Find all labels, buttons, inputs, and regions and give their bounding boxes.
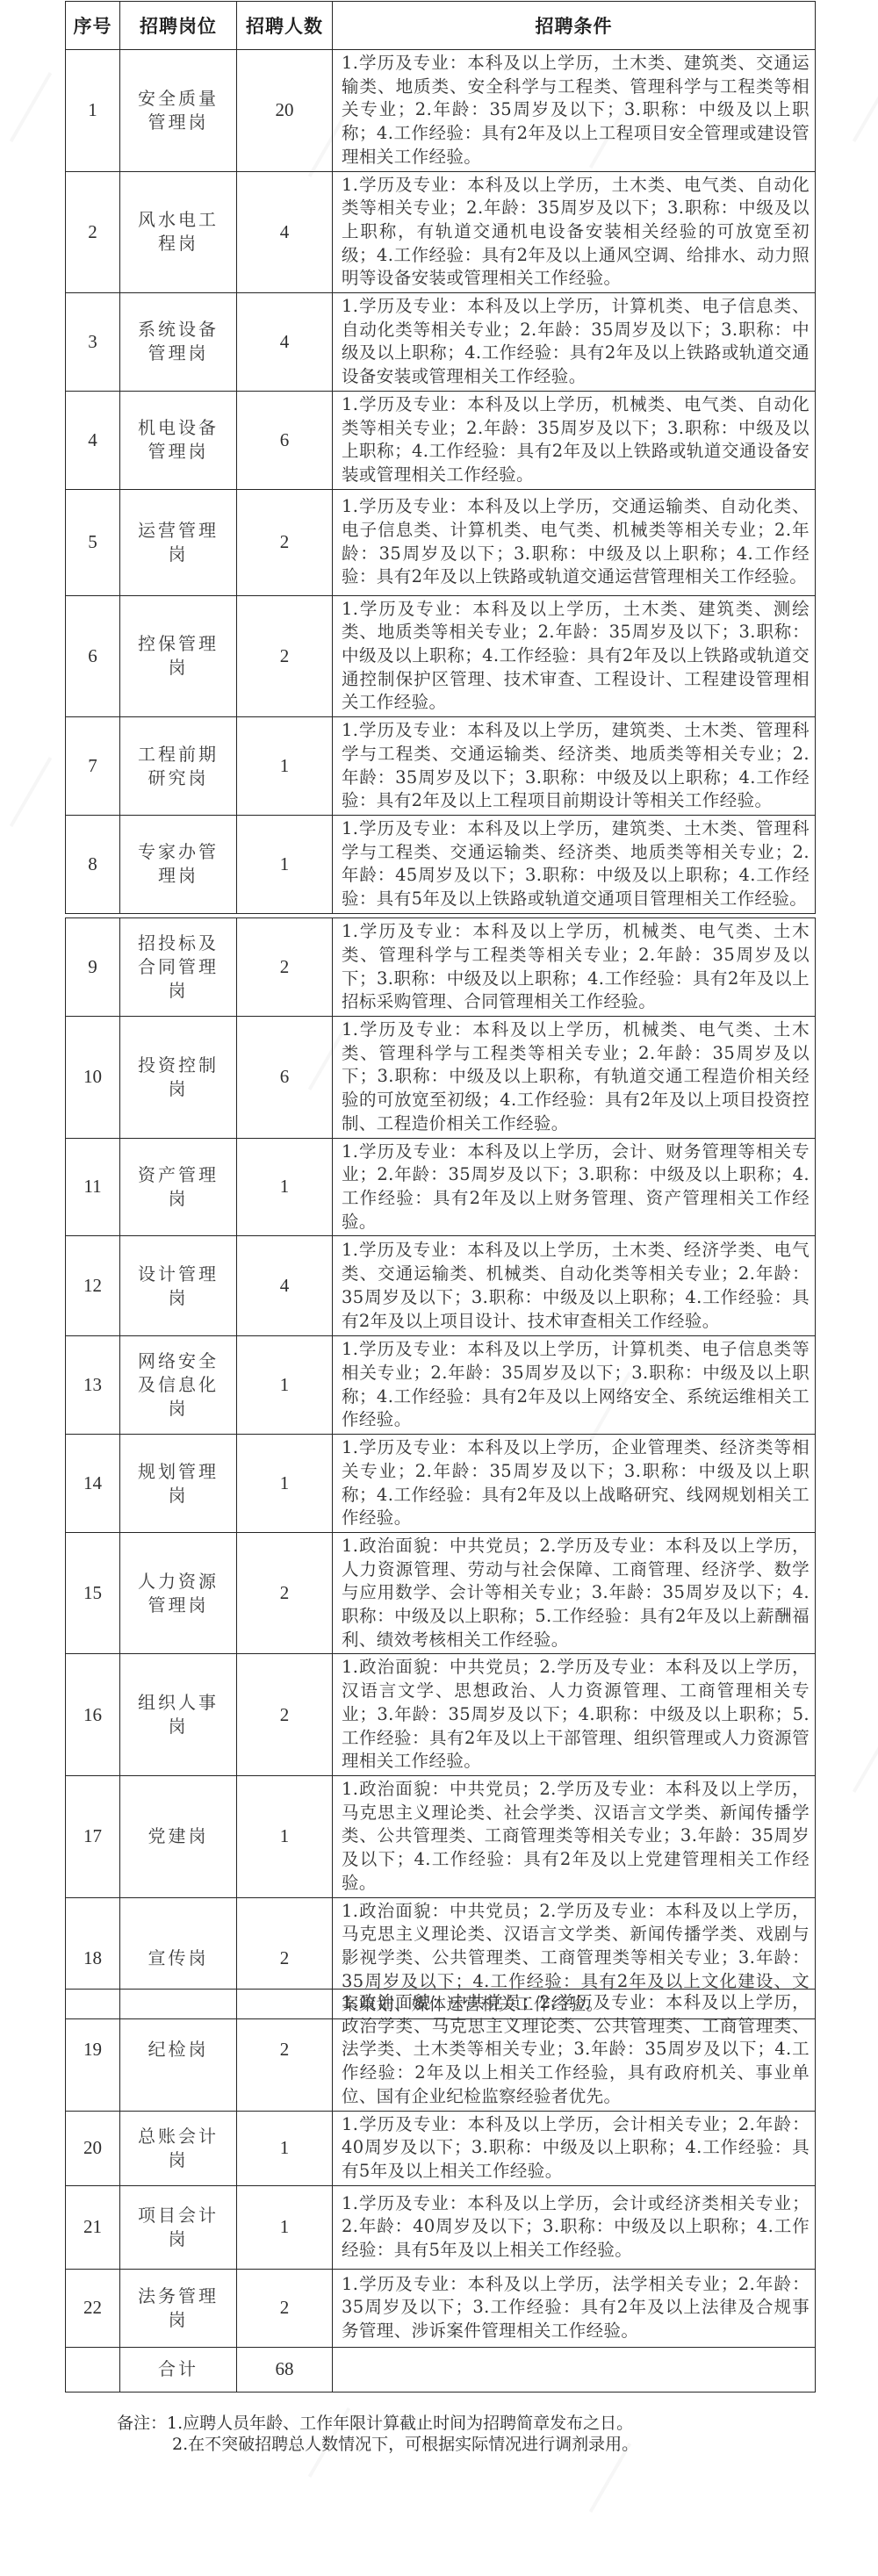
row-position: 运营管理岗 <box>120 489 237 595</box>
row-position: 风水电工程岗 <box>120 171 237 293</box>
table-row: 1 安全质量管理岗 20 1.学历及专业：本科及以上学历，土木类、建筑类、交通运… <box>66 50 816 172</box>
total-label: 合计 <box>120 2347 237 2392</box>
row-conditions: 1.学历及专业：本科及以上学历，土木类、建筑类、交通运输类、地质类、安全科学与工… <box>333 50 816 172</box>
row-conditions: 1.学历及专业：本科及以上学历，计算机类、电子信息类、自动化类等相关专业；2.年… <box>333 293 816 392</box>
table-row: 22 法务管理岗 2 1.学历及专业：本科及以上学历，法学相关专业；2.年龄：3… <box>66 2269 816 2347</box>
row-position: 控保管理岗 <box>120 595 237 717</box>
row-position: 投资控制岗 <box>120 1017 237 1139</box>
row-no: 2 <box>66 171 120 293</box>
row-count: 4 <box>237 171 333 293</box>
row-conditions: 1.政治面貌：中共党员；2.学历及专业：本科及以上学历，政治学类、马克思主义理论… <box>333 1990 816 2112</box>
row-position: 安全质量管理岗 <box>120 50 237 172</box>
row-count: 6 <box>237 1017 333 1139</box>
table-row: 2 风水电工程岗 4 1.学历及专业：本科及以上学历，土木类、电气类、自动化类等… <box>66 171 816 293</box>
row-conditions: 1.学历及专业：本科及以上学历，交通运输类、自动化类、电子信息类、计算机类、电气… <box>333 489 816 595</box>
row-no: 4 <box>66 391 120 489</box>
row-no: 20 <box>66 2111 120 2185</box>
table-row: 4 机电设备管理岗 6 1.学历及专业：本科及以上学历，机械类、电气类、自动化类… <box>66 391 816 489</box>
recruitment-table-part-3: 19 纪检岗 2 1.政治面貌：中共党员；2.学历及专业：本科及以上学历，政治学… <box>65 1989 816 2393</box>
table-row: 16 组织人事岗 2 1.政治面貌：中共党员；2.学历及专业：本科及以上学历，汉… <box>66 1654 816 1776</box>
row-conditions: 1.学历及专业：本科及以上学历，会计、财务管理等相关专业；2.年龄：35周岁及以… <box>333 1138 816 1236</box>
row-position: 系统设备管理岗 <box>120 293 237 392</box>
row-no: 13 <box>66 1336 120 1435</box>
row-no: 7 <box>66 717 120 816</box>
row-no: 11 <box>66 1138 120 1236</box>
row-conditions: 1.学历及专业：本科及以上学历，建筑类、土木类、管理科学与工程类、交通运输类、经… <box>333 815 816 913</box>
row-position: 党建岗 <box>120 1775 237 1897</box>
row-position: 总账会计岗 <box>120 2111 237 2185</box>
table-row: 8 专家办管理岗 1 1.学历及专业：本科及以上学历，建筑类、土木类、管理科学与… <box>66 815 816 913</box>
row-position: 机电设备管理岗 <box>120 391 237 489</box>
row-conditions: 1.学历及专业：本科及以上学历，土木类、建筑类、测绘类、地质类等相关专业；2.年… <box>333 595 816 717</box>
row-position: 招投标及合同管理岗 <box>120 918 237 1017</box>
row-conditions: 1.政治面貌：中共党员；2.学历及专业：本科及以上学历，马克思主义理论类、社会学… <box>333 1775 816 1897</box>
header-count: 招聘人数 <box>237 2 333 50</box>
row-count: 1 <box>237 1775 333 1897</box>
row-no: 16 <box>66 1654 120 1776</box>
row-conditions: 1.学历及专业：本科及以上学历，机械类、电气类、自动化类等相关专业；2.年龄：3… <box>333 391 816 489</box>
row-count: 1 <box>237 815 333 913</box>
row-count: 1 <box>237 717 333 816</box>
watermark <box>853 72 878 142</box>
header-conditions: 招聘条件 <box>333 2 816 50</box>
table-row: 14 规划管理岗 1 1.学历及专业：本科及以上学历，企业管理类、经济类等相关专… <box>66 1435 816 1533</box>
table-row: 19 纪检岗 2 1.政治面貌：中共党员；2.学历及专业：本科及以上学历，政治学… <box>66 1990 816 2112</box>
row-conditions: 1.学历及专业：本科及以上学历，会计相关专业；2.年龄：40周岁及以下；3.职称… <box>333 2111 816 2185</box>
total-conditions <box>333 2347 816 2392</box>
total-count: 68 <box>237 2347 333 2392</box>
row-conditions: 1.政治面貌：中共党员；2.学历及专业：本科及以上学历，人力资源管理、劳动与社会… <box>333 1532 816 1654</box>
table-row: 3 系统设备管理岗 4 1.学历及专业：本科及以上学历，计算机类、电子信息类、自… <box>66 293 816 392</box>
row-no: 3 <box>66 293 120 392</box>
row-no: 8 <box>66 815 120 913</box>
table-row: 9 招投标及合同管理岗 2 1.学历及专业：本科及以上学历，机械类、电气类、土木… <box>66 918 816 1017</box>
table-row: 11 资产管理岗 1 1.学历及专业：本科及以上学历，会计、财务管理等相关专业；… <box>66 1138 816 1236</box>
row-count: 1 <box>237 1435 333 1533</box>
header-position: 招聘岗位 <box>120 2 237 50</box>
row-no: 6 <box>66 595 120 717</box>
row-count: 2 <box>237 489 333 595</box>
row-conditions: 1.学历及专业：本科及以上学历，机械类、电气类、土木类、管理科学与工程类等相关专… <box>333 918 816 1017</box>
table-row: 6 控保管理岗 2 1.学历及专业：本科及以上学历，土木类、建筑类、测绘类、地质… <box>66 595 816 717</box>
row-no: 14 <box>66 1435 120 1533</box>
table-row: 10 投资控制岗 6 1.学历及专业：本科及以上学历，机械类、电气类、土木类、管… <box>66 1017 816 1139</box>
row-count: 2 <box>237 1990 333 2112</box>
table-row: 15 人力资源管理岗 2 1.政治面貌：中共党员；2.学历及专业：本科及以上学历… <box>66 1532 816 1654</box>
row-conditions: 1.学历及专业：本科及以上学历，建筑类、土木类、管理科学与工程类、交通运输类、经… <box>333 717 816 816</box>
row-no: 12 <box>66 1236 120 1336</box>
table-row: 17 党建岗 1 1.政治面貌：中共党员；2.学历及专业：本科及以上学历，马克思… <box>66 1775 816 1897</box>
row-no: 9 <box>66 918 120 1017</box>
recruitment-table-part-2: 9 招投标及合同管理岗 2 1.学历及专业：本科及以上学历，机械类、电气类、土木… <box>65 917 816 2019</box>
row-conditions: 1.学历及专业：本科及以上学历，机械类、电气类、土木类、管理科学与工程类等相关专… <box>333 1017 816 1139</box>
table-header-row: 序号 招聘岗位 招聘人数 招聘条件 <box>66 2 816 50</box>
remark-line-1: 备注：1.应聘人员年龄、工作年限计算截止时间为招聘简章发布之日。 <box>117 2413 638 2434</box>
row-conditions: 1.学历及专业：本科及以上学历，计算机类、电子信息类等相关专业；2.年龄：35周… <box>333 1336 816 1435</box>
row-position: 设计管理岗 <box>120 1236 237 1336</box>
row-count: 2 <box>237 595 333 717</box>
watermark <box>853 1723 878 1793</box>
total-row: 合计 68 <box>66 2347 816 2392</box>
row-count: 4 <box>237 293 333 392</box>
row-count: 2 <box>237 2269 333 2347</box>
row-position: 项目会计岗 <box>120 2185 237 2269</box>
row-conditions: 1.学历及专业：本科及以上学历，土木类、经济学类、电气类、交通运输类、机械类、自… <box>333 1236 816 1336</box>
row-count: 4 <box>237 1236 333 1336</box>
recruitment-table-part-1: 序号 招聘岗位 招聘人数 招聘条件 1 安全质量管理岗 20 1.学历及专业：本… <box>65 1 816 914</box>
row-count: 2 <box>237 918 333 1017</box>
table-row: 20 总账会计岗 1 1.学历及专业：本科及以上学历，会计相关专业；2.年龄：4… <box>66 2111 816 2185</box>
header-no: 序号 <box>66 2 120 50</box>
row-count: 1 <box>237 1336 333 1435</box>
row-conditions: 1.政治面貌：中共党员；2.学历及专业：本科及以上学历，汉语言文学、思想政治、人… <box>333 1654 816 1776</box>
total-no <box>66 2347 120 2392</box>
table-row: 12 设计管理岗 4 1.学历及专业：本科及以上学历，土木类、经济学类、电气类、… <box>66 1236 816 1336</box>
row-no: 15 <box>66 1532 120 1654</box>
row-position: 规划管理岗 <box>120 1435 237 1533</box>
row-conditions: 1.学历及专业：本科及以上学历，土木类、电气类、自动化类等相关专业；2.年龄：3… <box>333 171 816 293</box>
row-no: 22 <box>66 2269 120 2347</box>
row-count: 2 <box>237 1532 333 1654</box>
row-conditions: 1.学历及专业：本科及以上学历，法学相关专业；2.年龄：35周岁及以下；3.工作… <box>333 2269 816 2347</box>
row-count: 2 <box>237 1654 333 1776</box>
row-position: 资产管理岗 <box>120 1138 237 1236</box>
row-no: 5 <box>66 489 120 595</box>
table-row: 13 网络安全及信息化岗 1 1.学历及专业：本科及以上学历，计算机类、电子信息… <box>66 1336 816 1435</box>
watermark <box>10 72 52 142</box>
row-position: 纪检岗 <box>120 1990 237 2112</box>
row-count: 1 <box>237 2111 333 2185</box>
row-conditions: 1.学历及专业：本科及以上学历，企业管理类、经济类等相关专业；2.年龄：35周岁… <box>333 1435 816 1533</box>
row-count: 1 <box>237 2185 333 2269</box>
row-no: 17 <box>66 1775 120 1897</box>
row-position: 人力资源管理岗 <box>120 1532 237 1654</box>
row-count: 6 <box>237 391 333 489</box>
remarks: 备注：1.应聘人员年龄、工作年限计算截止时间为招聘简章发布之日。 2.在不突破招… <box>117 2413 638 2455</box>
row-position: 法务管理岗 <box>120 2269 237 2347</box>
row-count: 1 <box>237 1138 333 1236</box>
table-row: 5 运营管理岗 2 1.学历及专业：本科及以上学历，交通运输类、自动化类、电子信… <box>66 489 816 595</box>
row-count: 20 <box>237 50 333 172</box>
row-no: 21 <box>66 2185 120 2269</box>
table-row: 21 项目会计岗 1 1.学历及专业：本科及以上学历，会计或经济类相关专业；2.… <box>66 2185 816 2269</box>
watermark <box>10 757 52 827</box>
table-row: 7 工程前期研究岗 1 1.学历及专业：本科及以上学历，建筑类、土木类、管理科学… <box>66 717 816 816</box>
row-no: 1 <box>66 50 120 172</box>
row-conditions: 1.学历及专业：本科及以上学历，会计或经济类相关专业；2.年龄：40周岁及以下；… <box>333 2185 816 2269</box>
row-no: 10 <box>66 1017 120 1139</box>
row-position: 专家办管理岗 <box>120 815 237 913</box>
row-position: 组织人事岗 <box>120 1654 237 1776</box>
row-position: 网络安全及信息化岗 <box>120 1336 237 1435</box>
remark-line-2: 2.在不突破招聘总人数情况下，可根据实际情况进行调剂录用。 <box>117 2434 638 2455</box>
row-position: 工程前期研究岗 <box>120 717 237 816</box>
row-no: 19 <box>66 1990 120 2112</box>
